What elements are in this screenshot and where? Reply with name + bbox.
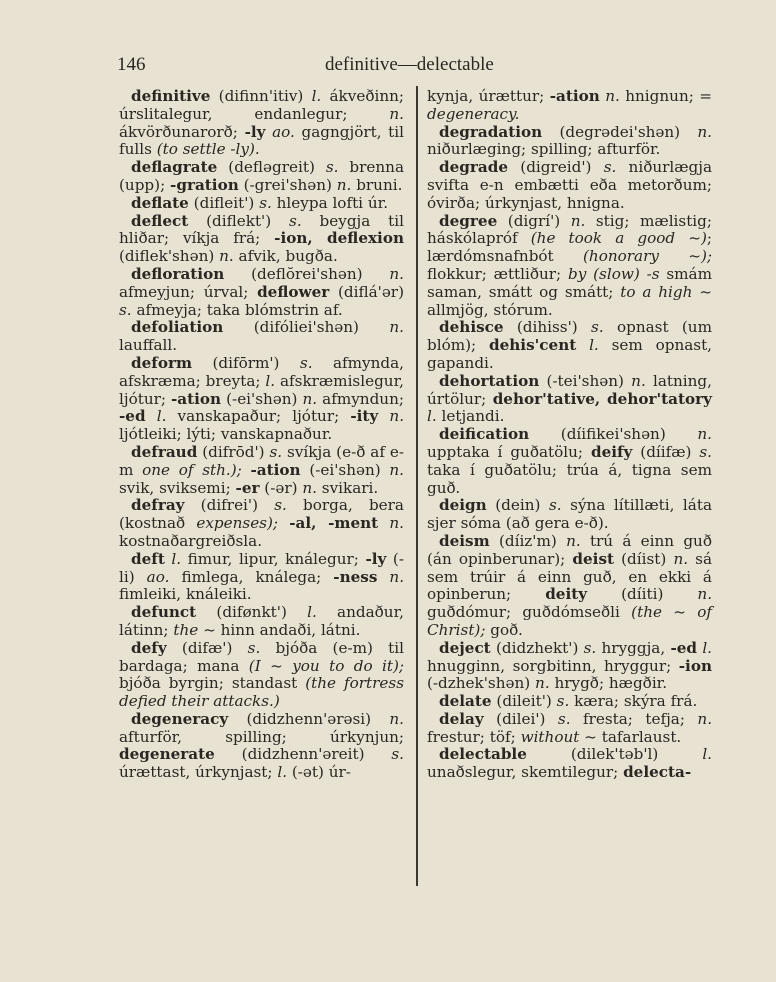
- headword: deflate: [131, 194, 189, 212]
- italic-text: l.: [702, 639, 712, 657]
- definition-text: (diflekt'): [188, 212, 289, 230]
- page-header: 146 definitive—delectable: [117, 54, 717, 80]
- headword: -al, -ment: [289, 514, 378, 532]
- definition-text: (difæ'): [167, 639, 248, 657]
- definition-text: ákvörðunarorð;: [119, 123, 245, 141]
- headword: -ness: [333, 568, 377, 586]
- headword: deflower: [257, 283, 329, 301]
- dictionary-entry: deification (díifikei'shən) n. upptaka í…: [427, 426, 712, 497]
- definition-text: fimleiki, knáleiki.: [119, 585, 252, 603]
- headword: delay: [439, 710, 484, 728]
- definition-text: (diflá'ər): [329, 283, 404, 301]
- definition-text: (-dzhek'shən): [427, 674, 535, 692]
- dictionary-page: 146 definitive—delectable definitive (di…: [0, 0, 776, 982]
- definition-text: afmeyja; taka blómstrin af.: [132, 301, 343, 319]
- italic-text: without ~: [521, 728, 597, 746]
- definition-text: (díifæ): [632, 443, 699, 461]
- definition-text: (dileit'): [492, 692, 557, 710]
- headword: deflect: [131, 212, 188, 230]
- definition-text: (deflŏrei'shən): [224, 265, 389, 283]
- dictionary-entry: defray (difrei') s. borga, bera (kostnað…: [119, 497, 404, 550]
- page-number: 146: [117, 54, 146, 76]
- headword: dehor'tative, dehor'tatory: [493, 390, 712, 408]
- italic-text: l.: [312, 87, 322, 105]
- definition-text: (difleit'): [189, 194, 259, 212]
- headword: defoliation: [131, 318, 223, 336]
- definition-text: (difrei'): [184, 496, 274, 514]
- definition-text: (dilei'): [484, 710, 558, 728]
- italic-text: n.: [302, 479, 317, 497]
- italic-text: s.: [274, 496, 287, 514]
- headword: deform: [131, 354, 192, 372]
- definition-text: (difóliei'shən): [223, 318, 389, 336]
- headword: degree: [439, 212, 497, 230]
- dictionary-entry: defy (difæ') s. bjóða (e-m) til bardaga;…: [119, 640, 404, 711]
- definition-text: goð.: [485, 621, 522, 639]
- italic-text: n.: [673, 550, 688, 568]
- headword: defy: [131, 639, 167, 657]
- headword: delate: [439, 692, 492, 710]
- dictionary-entry: dehisce (dihiss') s. opnast (um blóm); d…: [427, 319, 712, 372]
- definition-text: svik, sviksemi;: [119, 479, 236, 497]
- italic-text: n.: [303, 390, 318, 408]
- definition-text: (dein): [487, 496, 549, 514]
- italic-text: n.: [389, 461, 404, 479]
- headword: degradation: [439, 123, 542, 141]
- headword: defraud: [131, 443, 197, 461]
- definition-text: upptaka í guðatölu;: [427, 443, 591, 461]
- definition-text: svikari.: [317, 479, 378, 497]
- dictionary-entry: deform (difōrm') s. afmynda, afskræma; b…: [119, 355, 404, 444]
- definition-text: (defləgreit): [217, 158, 326, 176]
- italic-text: n.: [697, 123, 712, 141]
- italic-text: by (slow) -s: [568, 265, 660, 283]
- dictionary-entry: degree (digrí') n. stig; mælistig; háskó…: [427, 213, 712, 320]
- definition-text: taka í guðatölu; trúa á, tigna sem guð.: [427, 461, 712, 497]
- italic-text: l.: [307, 603, 317, 621]
- italic-text: l.: [157, 407, 167, 425]
- dictionary-entry: degrade (digreid') s. niðurlægja svifta …: [427, 159, 712, 212]
- italic-text: s.: [248, 639, 261, 657]
- italic-text: s.: [270, 443, 283, 461]
- definition-text: (digreid'): [508, 158, 604, 176]
- italic-text: n.: [697, 710, 712, 728]
- headword: dehisce: [439, 318, 504, 336]
- headword: deft: [131, 550, 165, 568]
- definition-text: (-ər): [259, 479, 302, 497]
- dictionary-entry: deflagrate (defləgreit) s. brenna (upp);…: [119, 159, 404, 195]
- italic-text: s.: [699, 443, 712, 461]
- definition-text: (-tei'shən): [539, 372, 631, 390]
- italic-text: l.: [265, 372, 275, 390]
- definition-text: [242, 461, 251, 479]
- dictionary-entry: defloration (deflŏrei'shən) n. afmeyjun;…: [119, 266, 404, 319]
- running-head: definitive—delectable: [325, 54, 494, 76]
- dictionary-entry: defunct (difønkt') l. andaður, látinn; t…: [119, 604, 404, 640]
- definition-text: fimur, lipur, knálegur;: [181, 550, 365, 568]
- definition-text: (didzhenn'ərəsi): [228, 710, 389, 728]
- dictionary-entry: delate (dileit') s. kæra; skýra frá.: [427, 693, 712, 711]
- definition-text: (díifikei'shən): [529, 425, 697, 443]
- dictionary-entry: deism (díiz'm) n. trú á einn guð (án opi…: [427, 533, 712, 640]
- definition-text: (-ət) úr-: [287, 763, 351, 781]
- headword: defloration: [131, 265, 224, 283]
- definition-text: frestur; töf;: [427, 728, 521, 746]
- definition-text: tafarlaust.: [597, 728, 681, 746]
- dictionary-entry: defraud (difrōd') s. svíkja (e-ð af e-m …: [119, 444, 404, 497]
- dictionary-entry: degradation (degrədei'shən) n. niðurlægi…: [427, 124, 712, 160]
- dictionary-entry: degeneracy (didzhenn'ərəsi) n. afturför,…: [119, 711, 404, 782]
- italic-text: n.: [389, 568, 404, 586]
- italic-text: l.: [702, 745, 712, 763]
- italic-text: n.: [605, 87, 620, 105]
- headword: deject: [439, 639, 491, 657]
- italic-text: s.: [289, 212, 302, 230]
- definition-text: (díiz'm): [490, 532, 566, 550]
- headword: deist: [572, 550, 614, 568]
- definition-text: (dihiss'): [504, 318, 591, 336]
- italic-text: s.: [300, 354, 313, 372]
- italic-text: ao.: [272, 123, 295, 141]
- headword: -ed: [670, 639, 697, 657]
- definition-text: niðurlæging; spilling; afturför.: [427, 140, 660, 158]
- headword: dehis'cent: [489, 336, 576, 354]
- headword: -er: [236, 479, 260, 497]
- definition-text: hrygð; hægðir.: [550, 674, 667, 692]
- definition-text: (didzhenn'əreit): [215, 745, 392, 763]
- definition-text: (difrōd'): [197, 443, 269, 461]
- dictionary-entry: deflect (diflekt') s. beygja til hliðar;…: [119, 213, 404, 266]
- right-column: kynja, úrættur; -ation n. hnignun; = deg…: [427, 88, 712, 782]
- definition-text: allmjög, stórum.: [427, 301, 553, 319]
- italic-text: n.: [566, 532, 581, 550]
- italic-text: one of sth.);: [142, 461, 242, 479]
- italic-text: s.: [259, 194, 272, 212]
- italic-text: to a high ~: [620, 283, 712, 301]
- definition-text: flokkur; ættliður;: [427, 265, 568, 283]
- definition-text: lauffall.: [119, 336, 177, 354]
- italic-text: l.: [589, 336, 599, 354]
- headword: deify: [591, 443, 632, 461]
- headword: -gration: [170, 176, 239, 194]
- definition-text: (dilek'təb'l): [527, 745, 702, 763]
- headword: -ion: [679, 657, 712, 675]
- headword: -ed: [119, 407, 146, 425]
- definition-text: (-ei'shən): [221, 390, 302, 408]
- definition-text: (-ei'shən): [301, 461, 390, 479]
- headword: -ation: [171, 390, 221, 408]
- headword: deflagrate: [131, 158, 217, 176]
- headword: -ity: [350, 407, 378, 425]
- definition-text: [377, 568, 389, 586]
- headword: defray: [131, 496, 184, 514]
- italic-text: s.: [604, 158, 617, 176]
- headword: deism: [439, 532, 490, 550]
- definition-text: (-grei'shən): [239, 176, 337, 194]
- definition-text: kæra; skýra frá.: [569, 692, 697, 710]
- italic-text: s.: [549, 496, 562, 514]
- headword: -ly: [365, 550, 386, 568]
- definition-text: afmyndun;: [317, 390, 404, 408]
- italic-text: n.: [389, 514, 404, 532]
- definition-text: bruni.: [351, 176, 402, 194]
- definition-text: (díist): [614, 550, 673, 568]
- dictionary-entry: deject (didzhekt') s. hryggja, -ed l. hn…: [427, 640, 712, 693]
- dictionary-entry: deign (dein) s. sýna lítillæti, láta sje…: [427, 497, 712, 533]
- definition-text: hnugginn, sorgbitinn, hryggur;: [427, 657, 679, 675]
- italic-text: (to settle -ly).: [157, 140, 260, 158]
- definition-text: [146, 407, 157, 425]
- definition-text: [378, 407, 389, 425]
- italic-text: n.: [337, 176, 352, 194]
- italic-text: l.: [277, 763, 287, 781]
- italic-text: s.: [591, 318, 604, 336]
- italic-text: (he took a good ~): [531, 229, 707, 247]
- definition-text: letjandi.: [437, 407, 505, 425]
- headword: deification: [439, 425, 529, 443]
- dictionary-entry: definitive (difinn'itiv) l. ákveðinn; úr…: [119, 88, 404, 159]
- definition-text: (difōrm'): [192, 354, 300, 372]
- definition-text: kynja, úrættur;: [427, 87, 550, 105]
- definition-text: fresta; tefja;: [571, 710, 698, 728]
- italic-text: the ~: [173, 621, 215, 639]
- left-column: definitive (difinn'itiv) l. ákveðinn; úr…: [119, 88, 404, 782]
- italic-text: s.: [391, 745, 404, 763]
- definition-text: afmeyjun; úrval;: [119, 283, 257, 301]
- italic-text: l.: [427, 407, 437, 425]
- italic-text: l.: [171, 550, 181, 568]
- dictionary-entry: delay (dilei') s. fresta; tefja; n. fres…: [427, 711, 712, 747]
- headword: -ion, deflexion: [274, 229, 404, 247]
- definition-text: hnignun; =: [620, 87, 712, 105]
- column-divider: [416, 86, 418, 886]
- italic-text: n.: [389, 407, 404, 425]
- dictionary-entry: kynja, úrættur; -ation n. hnignun; = deg…: [427, 88, 712, 124]
- dictionary-entry: deflate (difleit') s. hleypa lofti úr.: [119, 195, 404, 213]
- definition-text: (digrí'): [497, 212, 571, 230]
- definition-text: hleypa lofti úr.: [272, 194, 388, 212]
- definition-text: (difønkt'): [196, 603, 307, 621]
- headword: definitive: [131, 87, 210, 105]
- definition-text: unaðslegur, skemtilegur;: [427, 763, 623, 781]
- italic-text: n.: [389, 265, 404, 283]
- headword: -ly: [245, 123, 266, 141]
- italic-text: n.: [631, 372, 646, 390]
- italic-text: n.: [389, 710, 404, 728]
- definition-text: [378, 514, 389, 532]
- italic-text: (I ~ you to do it);: [249, 657, 404, 675]
- italic-text: s.: [584, 639, 597, 657]
- italic-text: expenses);: [196, 514, 278, 532]
- headword: degenerate: [119, 745, 215, 763]
- headword: dehortation: [439, 372, 539, 390]
- dictionary-entry: deft l. fimur, lipur, knálegur; -ly (-li…: [119, 551, 404, 604]
- dictionary-entry: defoliation (difóliei'shən) n. lauffall.: [119, 319, 404, 355]
- italic-text: s.: [558, 710, 571, 728]
- italic-text: n.: [697, 585, 712, 603]
- definition-text: [576, 336, 589, 354]
- italic-text: n.: [535, 674, 550, 692]
- definition-text: vanskapaður; ljótur;: [166, 407, 350, 425]
- definition-text: afturför, spilling; úrkynjun;: [119, 728, 404, 746]
- headword: -ation: [550, 87, 600, 105]
- italic-text: n.: [219, 247, 234, 265]
- headword: defunct: [131, 603, 196, 621]
- headword: -ation: [251, 461, 301, 479]
- definition-text: (díiti): [587, 585, 697, 603]
- dictionary-entry: dehortation (-tei'shən) n. latning, úrtö…: [427, 373, 712, 426]
- italic-text: n.: [389, 105, 404, 123]
- definition-text: [278, 514, 289, 532]
- headword: deign: [439, 496, 487, 514]
- dictionary-entry: delectable (dilek'təb'l) l. unaðslegur, …: [427, 746, 712, 782]
- definition-text: afvik, bugða.: [234, 247, 338, 265]
- italic-text: s.: [119, 301, 132, 319]
- definition-text: kostnaðargreiðsla.: [119, 532, 262, 550]
- definition-text: guðdómur; guðdómseðli: [427, 603, 631, 621]
- definition-text: fimlega, knálega;: [169, 568, 333, 586]
- definition-text: hryggja,: [596, 639, 670, 657]
- italic-text: ao.: [147, 568, 170, 586]
- definition-text: hinn andaði, látni.: [216, 621, 361, 639]
- definition-text: (degrədei'shən): [542, 123, 697, 141]
- italic-text: s.: [326, 158, 339, 176]
- italic-text: n.: [697, 425, 712, 443]
- italic-text: s.: [557, 692, 570, 710]
- headword: degrade: [439, 158, 508, 176]
- definition-text: (didzhekt'): [491, 639, 584, 657]
- headword: deity: [545, 585, 587, 603]
- italic-text: degeneracy.: [427, 105, 519, 123]
- definition-text: (diflek'shən): [119, 247, 219, 265]
- italic-text: (honorary ~);: [583, 247, 712, 265]
- headword: degeneracy: [131, 710, 228, 728]
- italic-text: n.: [389, 318, 404, 336]
- headword: delectable: [439, 745, 527, 763]
- definition-text: (difinn'itiv): [210, 87, 311, 105]
- definition-text: ljótleiki; lýti; vanskapnaður.: [119, 425, 332, 443]
- headword: delecta-: [623, 763, 691, 781]
- definition-text: úrættast, úrkynjast;: [119, 763, 277, 781]
- definition-text: bjóða byrgin; standast: [119, 674, 305, 692]
- italic-text: n.: [571, 212, 586, 230]
